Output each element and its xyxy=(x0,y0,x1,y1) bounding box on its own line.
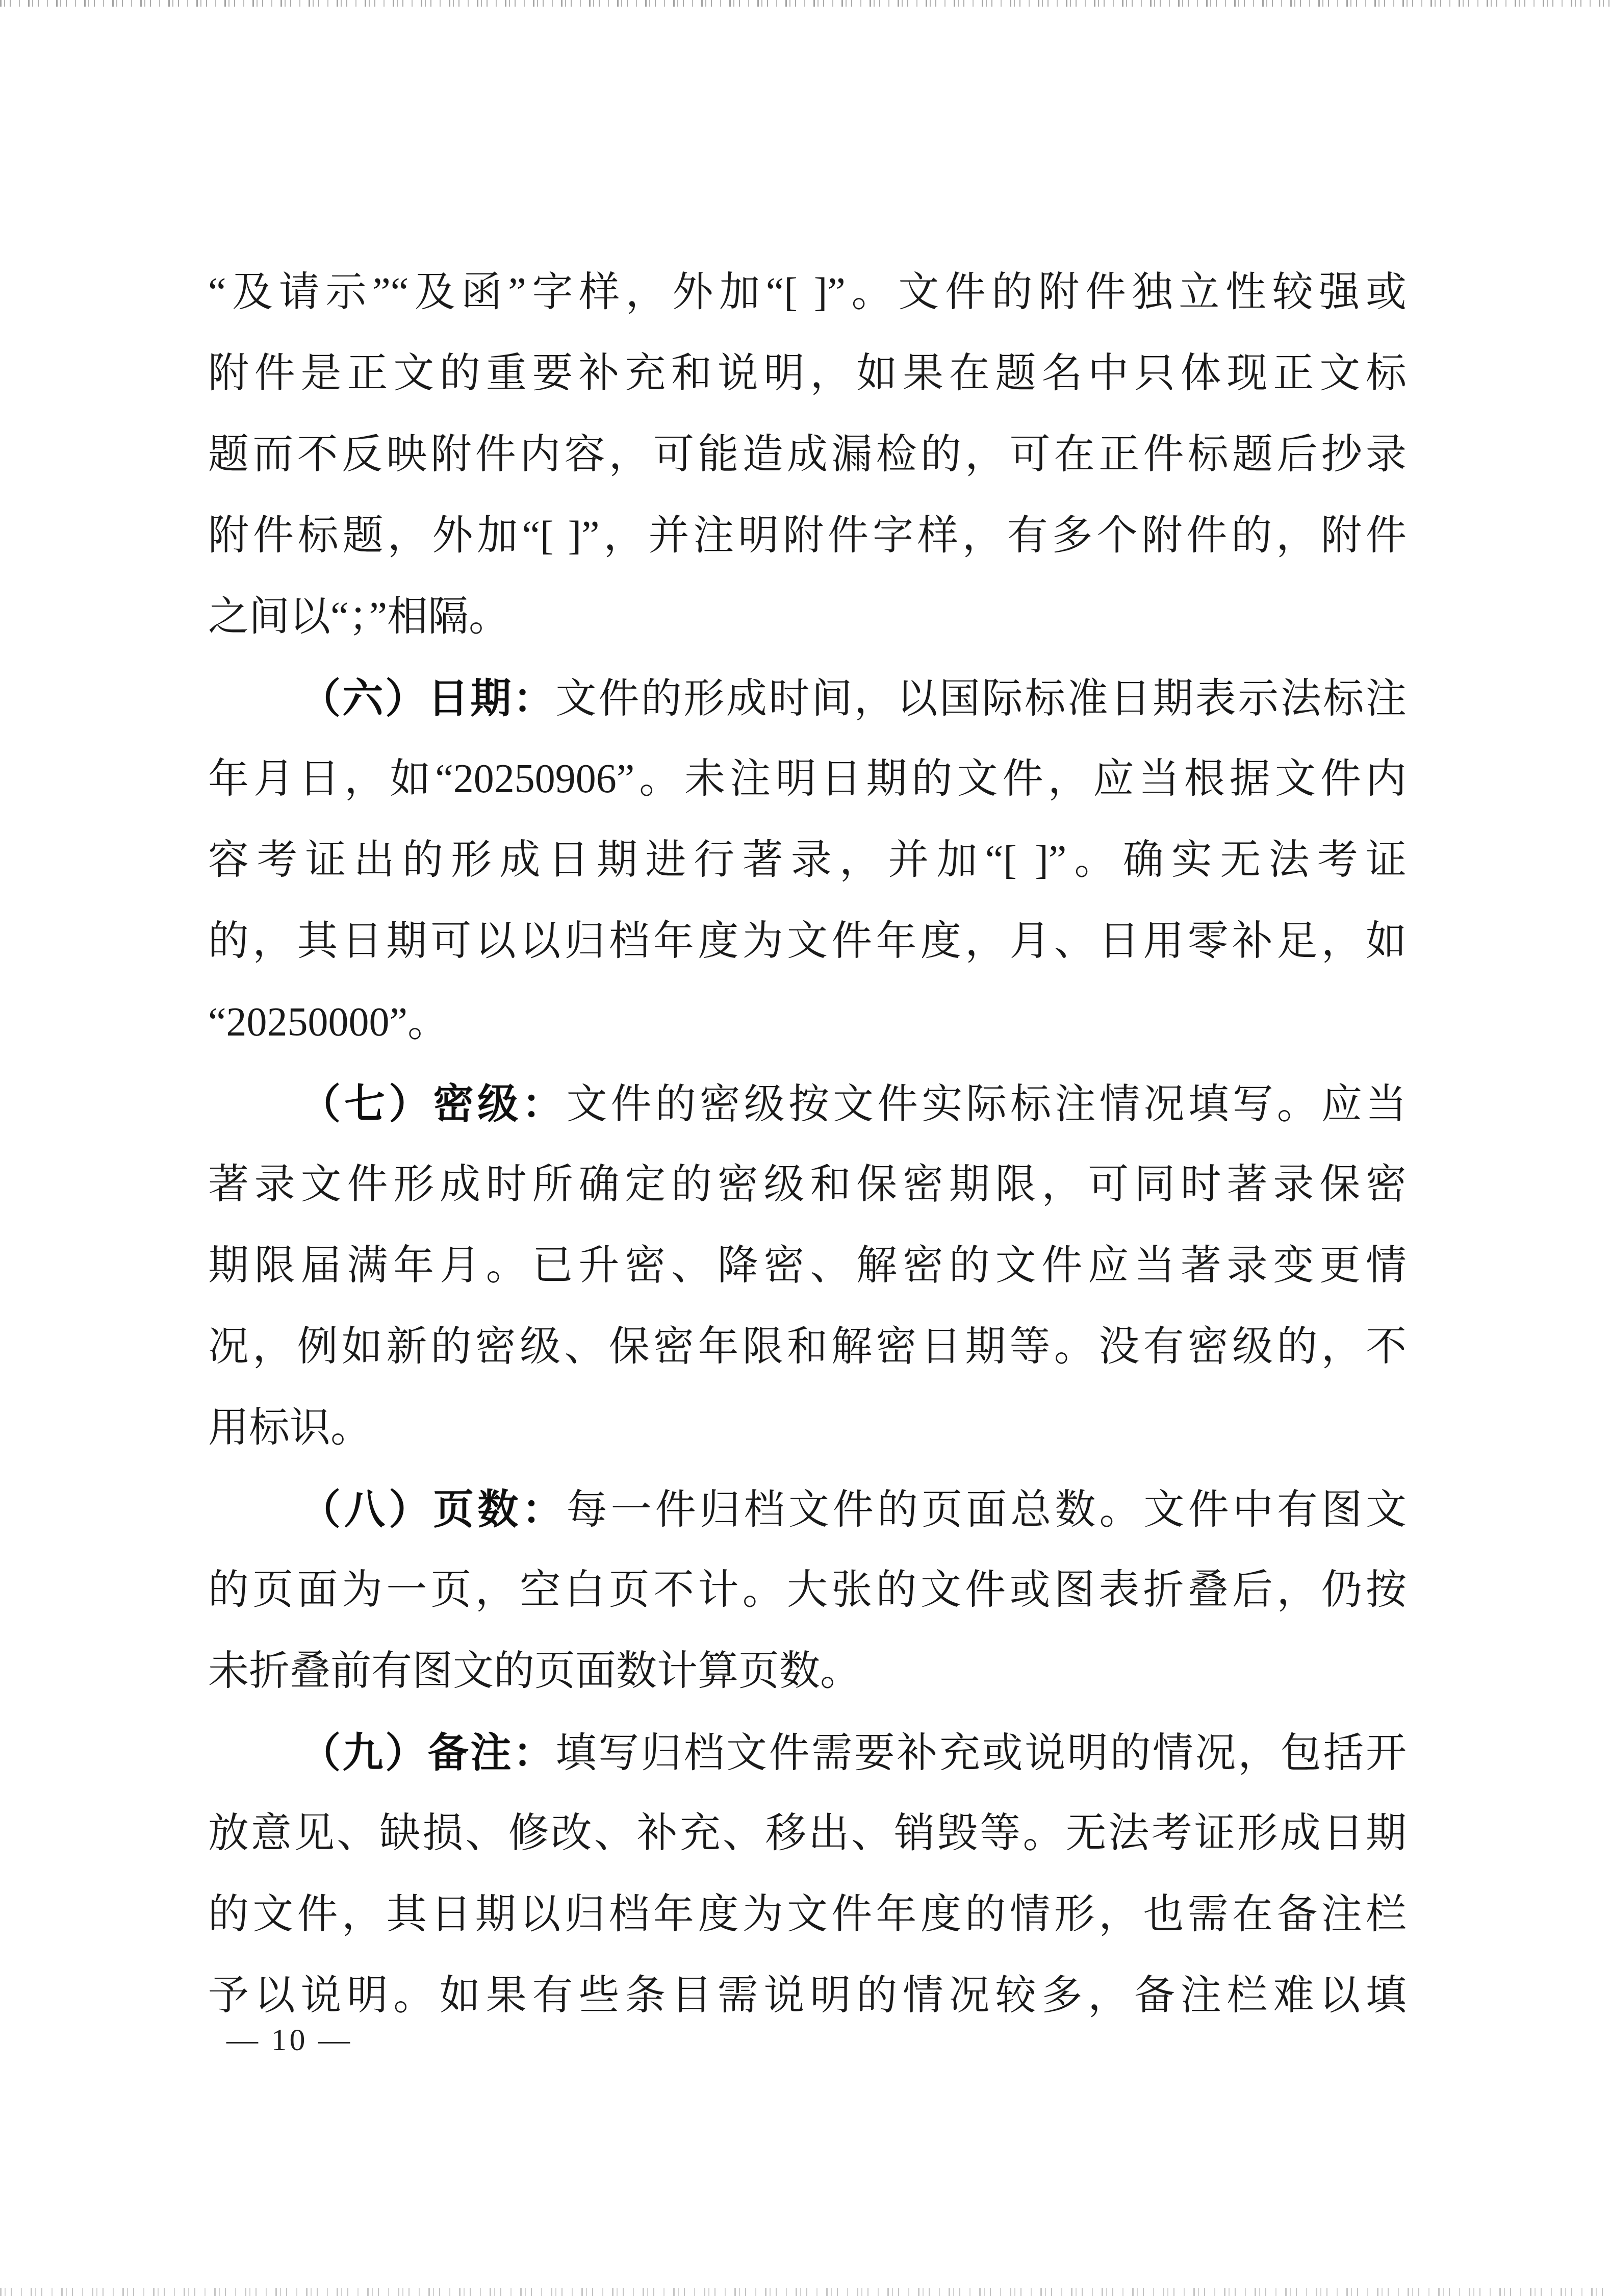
text-line: （九）备注：填写归档文件需要补充或说明的情况，包括开 xyxy=(208,1712,1407,1793)
body-text: 的文件，其日期以归档年度为文件年度的情形，也需在备注栏 xyxy=(208,1892,1407,1937)
scan-artifact-bottom xyxy=(0,2288,1610,2296)
text-line: （八）页数：每一件归档文件的页面总数。文件中有图文 xyxy=(208,1469,1407,1550)
text-line: 的文件，其日期以归档年度为文件年度的情形，也需在备注栏 xyxy=(208,1874,1407,1955)
text-line: 附件是正文的重要补充和说明，如果在题名中只体现正文标 xyxy=(208,333,1407,414)
body-text: 况，例如新的密级、保密年限和解密日期等。没有密级的，不 xyxy=(208,1324,1407,1369)
text-line: 题而不反映附件内容，可能造成漏检的，可在正件标题后抄录 xyxy=(208,414,1407,495)
body-text: 附件标题，外加“[ ]”，并注明附件字样，有多个附件的，附件 xyxy=(208,513,1407,558)
body-text: “及请示”“及函”字样，外加“[ ]”。文件的附件独立性较强或 xyxy=(208,270,1407,315)
text-line: 未折叠前有图文的页面数计算页数。 xyxy=(208,1631,1407,1712)
text-line: （六）日期：文件的形成时间，以国际标准日期表示法标注 xyxy=(208,658,1407,739)
scan-artifact-top xyxy=(0,0,1610,7)
body-text: 题而不反映附件内容，可能造成漏检的，可在正件标题后抄录 xyxy=(208,432,1407,477)
body-text: 未折叠前有图文的页面数计算页数。 xyxy=(208,1649,861,1694)
body-text: 予以说明。如果有些条目需说明的情况较多，备注栏难以填 xyxy=(208,1973,1407,2018)
text-line: （七）密级：文件的密级按文件实际标注情况填写。应当 xyxy=(208,1063,1407,1144)
text-line: 予以说明。如果有些条目需说明的情况较多，备注栏难以填 xyxy=(208,1955,1407,2036)
body-text: 期限届满年月。已升密、降密、解密的文件应当著录变更情 xyxy=(208,1243,1407,1288)
body-text: 的页面为一页，空白页不计。大张的文件或图表折叠后，仍按 xyxy=(208,1568,1407,1612)
document-page: “及请示”“及函”字样，外加“[ ]”。文件的附件独立性较强或附件是正文的重要补… xyxy=(0,0,1610,2296)
item-label: （九）备注： xyxy=(300,1730,556,1775)
text-line: 著录文件形成时所确定的密级和保密期限，可同时著录保密 xyxy=(208,1144,1407,1225)
item-label: （六）日期： xyxy=(300,675,556,721)
body-text: 的，其日期可以以归档年度为文件年度，月、日用零补足，如 xyxy=(208,919,1407,964)
text-line: 的，其日期可以以归档年度为文件年度，月、日用零补足，如 xyxy=(208,901,1407,982)
body-text: 文件的形成时间，以国际标准日期表示法标注 xyxy=(556,676,1407,721)
body-text: 文件的密级按文件实际标注情况填写。应当 xyxy=(567,1082,1407,1127)
body-text: 容考证出的形成日期进行著录，并加“[ ]”。确实无法考证 xyxy=(208,838,1407,882)
body-text: 附件是正文的重要补充和说明，如果在题名中只体现正文标 xyxy=(208,351,1407,396)
text-line: 之间以“；”相隔。 xyxy=(208,576,1407,658)
body-text: “20250000”。 xyxy=(208,1000,448,1045)
text-line: 期限届满年月。已升密、降密、解密的文件应当著录变更情 xyxy=(208,1225,1407,1306)
body-text: 填写归档文件需要补充或说明的情况，包括开 xyxy=(556,1731,1407,1776)
body-text: 之间以“；”相隔。 xyxy=(208,594,509,639)
text-line: 况，例如新的密级、保密年限和解密日期等。没有密级的，不 xyxy=(208,1306,1407,1387)
body-text: 放意见、缺损、修改、补充、移出、销毁等。无法考证形成日期 xyxy=(208,1811,1407,1856)
page-number: — 10 — xyxy=(226,2023,352,2057)
text-line: “及请示”“及函”字样，外加“[ ]”。文件的附件独立性较强或 xyxy=(208,252,1407,333)
text-line: 容考证出的形成日期进行著录，并加“[ ]”。确实无法考证 xyxy=(208,820,1407,901)
text-line: 的页面为一页，空白页不计。大张的文件或图表折叠后，仍按 xyxy=(208,1550,1407,1631)
body-text: 著录文件形成时所确定的密级和保密期限，可同时著录保密 xyxy=(208,1162,1407,1207)
item-label: （八）页数： xyxy=(300,1486,567,1532)
text-line: 放意见、缺损、修改、补充、移出、销毁等。无法考证形成日期 xyxy=(208,1793,1407,1874)
text-line: 用标识。 xyxy=(208,1387,1407,1469)
body-text: 年月日，如“20250906”。未注明日期的文件，应当根据文件内 xyxy=(208,756,1407,801)
text-line: 年月日，如“20250906”。未注明日期的文件，应当根据文件内 xyxy=(208,739,1407,820)
document-body: “及请示”“及函”字样，外加“[ ]”。文件的附件独立性较强或附件是正文的重要补… xyxy=(208,252,1407,2036)
text-line: 附件标题，外加“[ ]”，并注明附件字样，有多个附件的，附件 xyxy=(208,495,1407,576)
body-text: 每一件归档文件的页面总数。文件中有图文 xyxy=(567,1487,1407,1532)
text-line: “20250000”。 xyxy=(208,982,1407,1063)
item-label: （七）密级： xyxy=(300,1081,567,1126)
body-text: 用标识。 xyxy=(208,1405,371,1450)
